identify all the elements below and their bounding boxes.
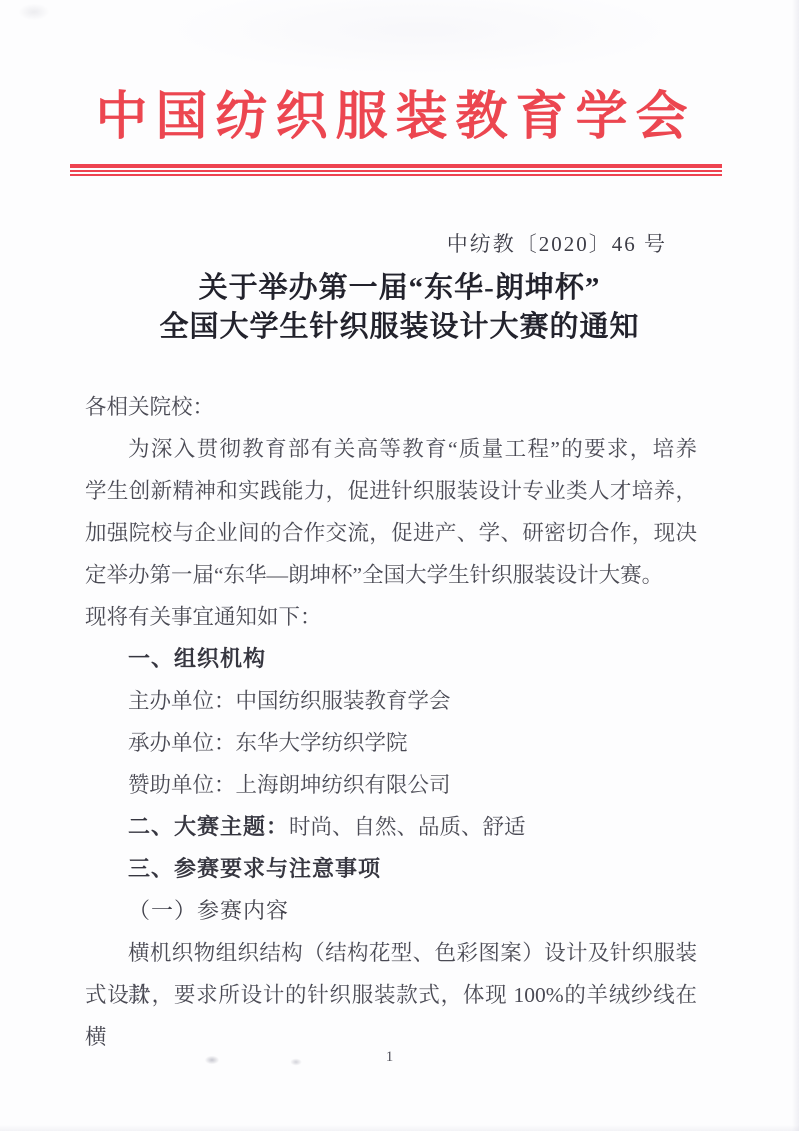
document-body: 各相关院校： 为深入贯彻教育部有关高等教育“质量工程”的要求，培养 学生创新精神… xyxy=(85,386,697,1016)
theme-label: 二、大赛主题： xyxy=(128,814,289,839)
paragraph-line: 横机织物组织结构（结构花型、色彩图案）设计及针织服装款 xyxy=(85,932,697,974)
organizer-sponsor: 赞助单位：上海朗坤纺织有限公司 xyxy=(85,764,697,806)
section-heading-requirements: 三、参赛要求与注意事项 xyxy=(85,848,697,890)
salutation: 各相关院校： xyxy=(85,386,697,428)
paragraph-line: 学生创新精神和实践能力，促进针织服装设计专业类人才培养， xyxy=(85,470,697,512)
paragraph-line: 加强院校与企业间的合作交流，促进产、学、研密切合作，现决 xyxy=(85,512,697,554)
letterhead-rule xyxy=(70,164,722,176)
section-heading-organization: 一、组织机构 xyxy=(85,638,697,680)
document-title: 关于举办第一届“东华-朗坤杯” 全国大学生针织服装设计大赛的通知 xyxy=(0,269,799,347)
document-title-line1: 关于举办第一届“东华-朗坤杯” xyxy=(0,269,799,308)
subsection-heading-content: （一）参赛内容 xyxy=(85,890,697,932)
organizer-host: 主办单位：中国纺织服装教育学会 xyxy=(85,680,697,722)
paragraph-line: 定举办第一届“东华—朗坤杯”全国大学生针织服装设计大赛。 xyxy=(85,554,697,596)
section-heading-theme: 二、大赛主题：时尚、自然、品质、舒适 xyxy=(85,806,697,848)
document-number: 中纺教〔2020〕46 号 xyxy=(447,228,667,258)
rule-middle-line xyxy=(70,170,722,172)
paragraph-line: 式设计，要求所设计的针织服装款式，体现 100%的羊绒纱线在横 xyxy=(85,974,697,1016)
theme-value: 时尚、自然、品质、舒适 xyxy=(289,815,526,839)
paragraph-line: 现将有关事宜通知如下： xyxy=(85,596,697,638)
document-page: 中国纺织服装教育学会 中纺教〔2020〕46 号 关于举办第一届“东华-朗坤杯”… xyxy=(0,0,799,1131)
letterhead-title: 中国纺织服装教育学会 xyxy=(0,74,791,149)
page-number: 1 xyxy=(0,1049,779,1066)
rule-thick-line xyxy=(70,164,722,168)
organizer-undertaker: 承办单位：东华大学纺织学院 xyxy=(85,722,697,764)
document-title-line2: 全国大学生针织服装设计大赛的通知 xyxy=(0,308,799,347)
rule-thin-line xyxy=(70,174,722,176)
paragraph-line: 为深入贯彻教育部有关高等教育“质量工程”的要求，培养 xyxy=(85,428,697,470)
